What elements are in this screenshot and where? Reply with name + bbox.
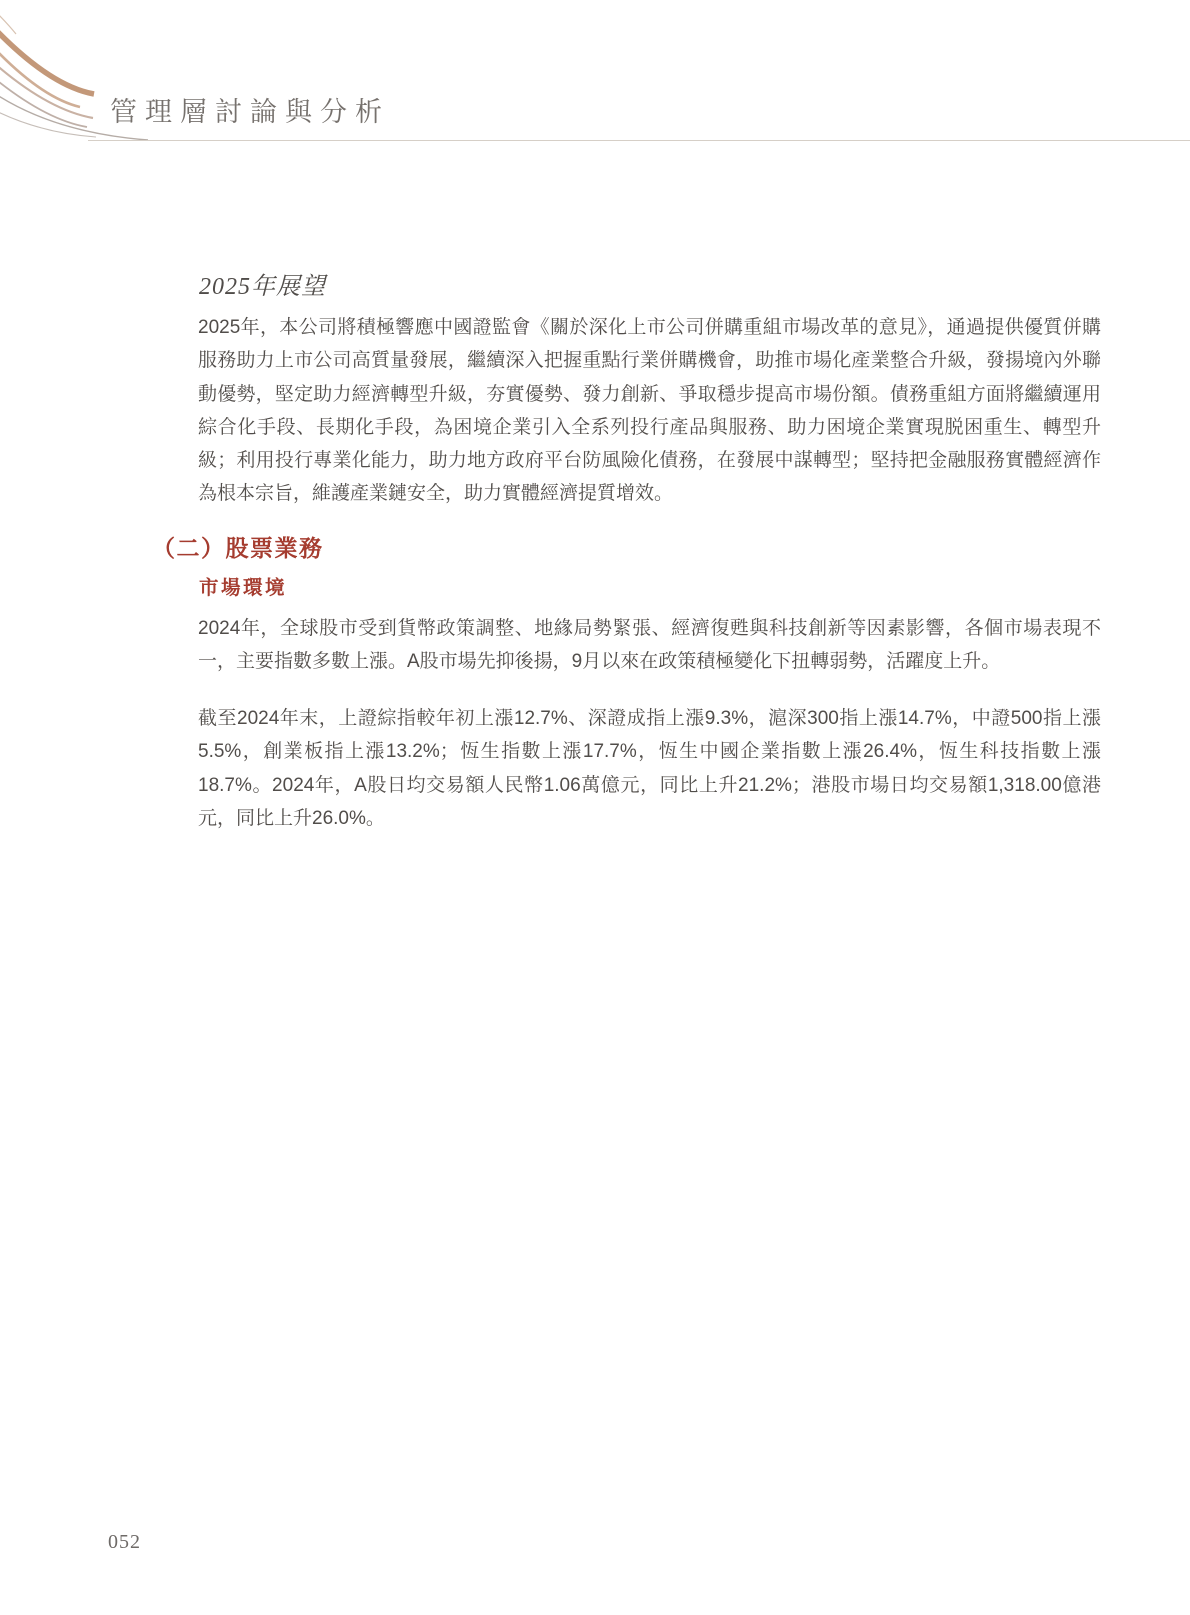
market-environment-paragraph-2: 截至2024年末，上證綜指較年初上漲12.7%、深證成指上漲9.3%，滬深300… (198, 702, 1101, 835)
header-divider-line (88, 140, 1190, 141)
outlook-paragraph: 2025年，本公司將積極響應中國證監會《關於深化上市公司併購重組市場改革的意見》… (198, 311, 1101, 511)
page-number: 052 (108, 1531, 141, 1554)
corner-arcs-decoration (0, 0, 300, 160)
market-environment-paragraph-1: 2024年，全球股市受到貨幣政策調整、地緣局勢緊張、經濟復甦與科技創新等因素影響… (198, 612, 1101, 679)
outlook-heading: 2025年展望 (199, 266, 326, 301)
page-header-title: 管理層討論與分析 (110, 90, 390, 129)
stock-business-heading: （二）股票業務 (152, 530, 324, 563)
market-environment-subheading: 市場環境 (199, 572, 287, 600)
document-page: 管理層討論與分析 2025年展望 2025年，本公司將積極響應中國證監會《關於深… (0, 0, 1190, 1615)
